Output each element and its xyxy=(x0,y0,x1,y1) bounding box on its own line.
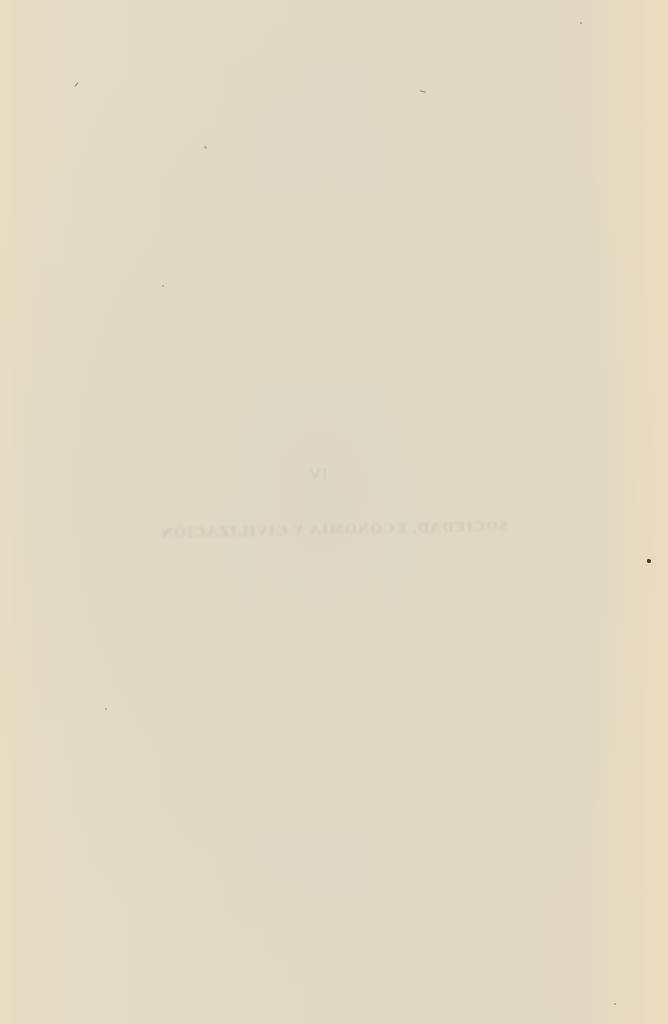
scan-speck xyxy=(647,559,651,563)
scan-speck xyxy=(614,1003,616,1005)
chapter-title: Sociedad, economía y civilización xyxy=(148,518,520,543)
scan-mark xyxy=(75,82,79,86)
scan-speck xyxy=(162,285,164,287)
scanned-page: IV Sociedad, economía y civilización xyxy=(0,0,668,1024)
scan-mark xyxy=(420,90,426,93)
scan-speck xyxy=(580,22,582,24)
page-edge-shadow xyxy=(598,0,668,1024)
chapter-number: IV xyxy=(0,466,636,484)
scan-speck xyxy=(105,708,107,710)
scan-speck xyxy=(204,146,207,149)
